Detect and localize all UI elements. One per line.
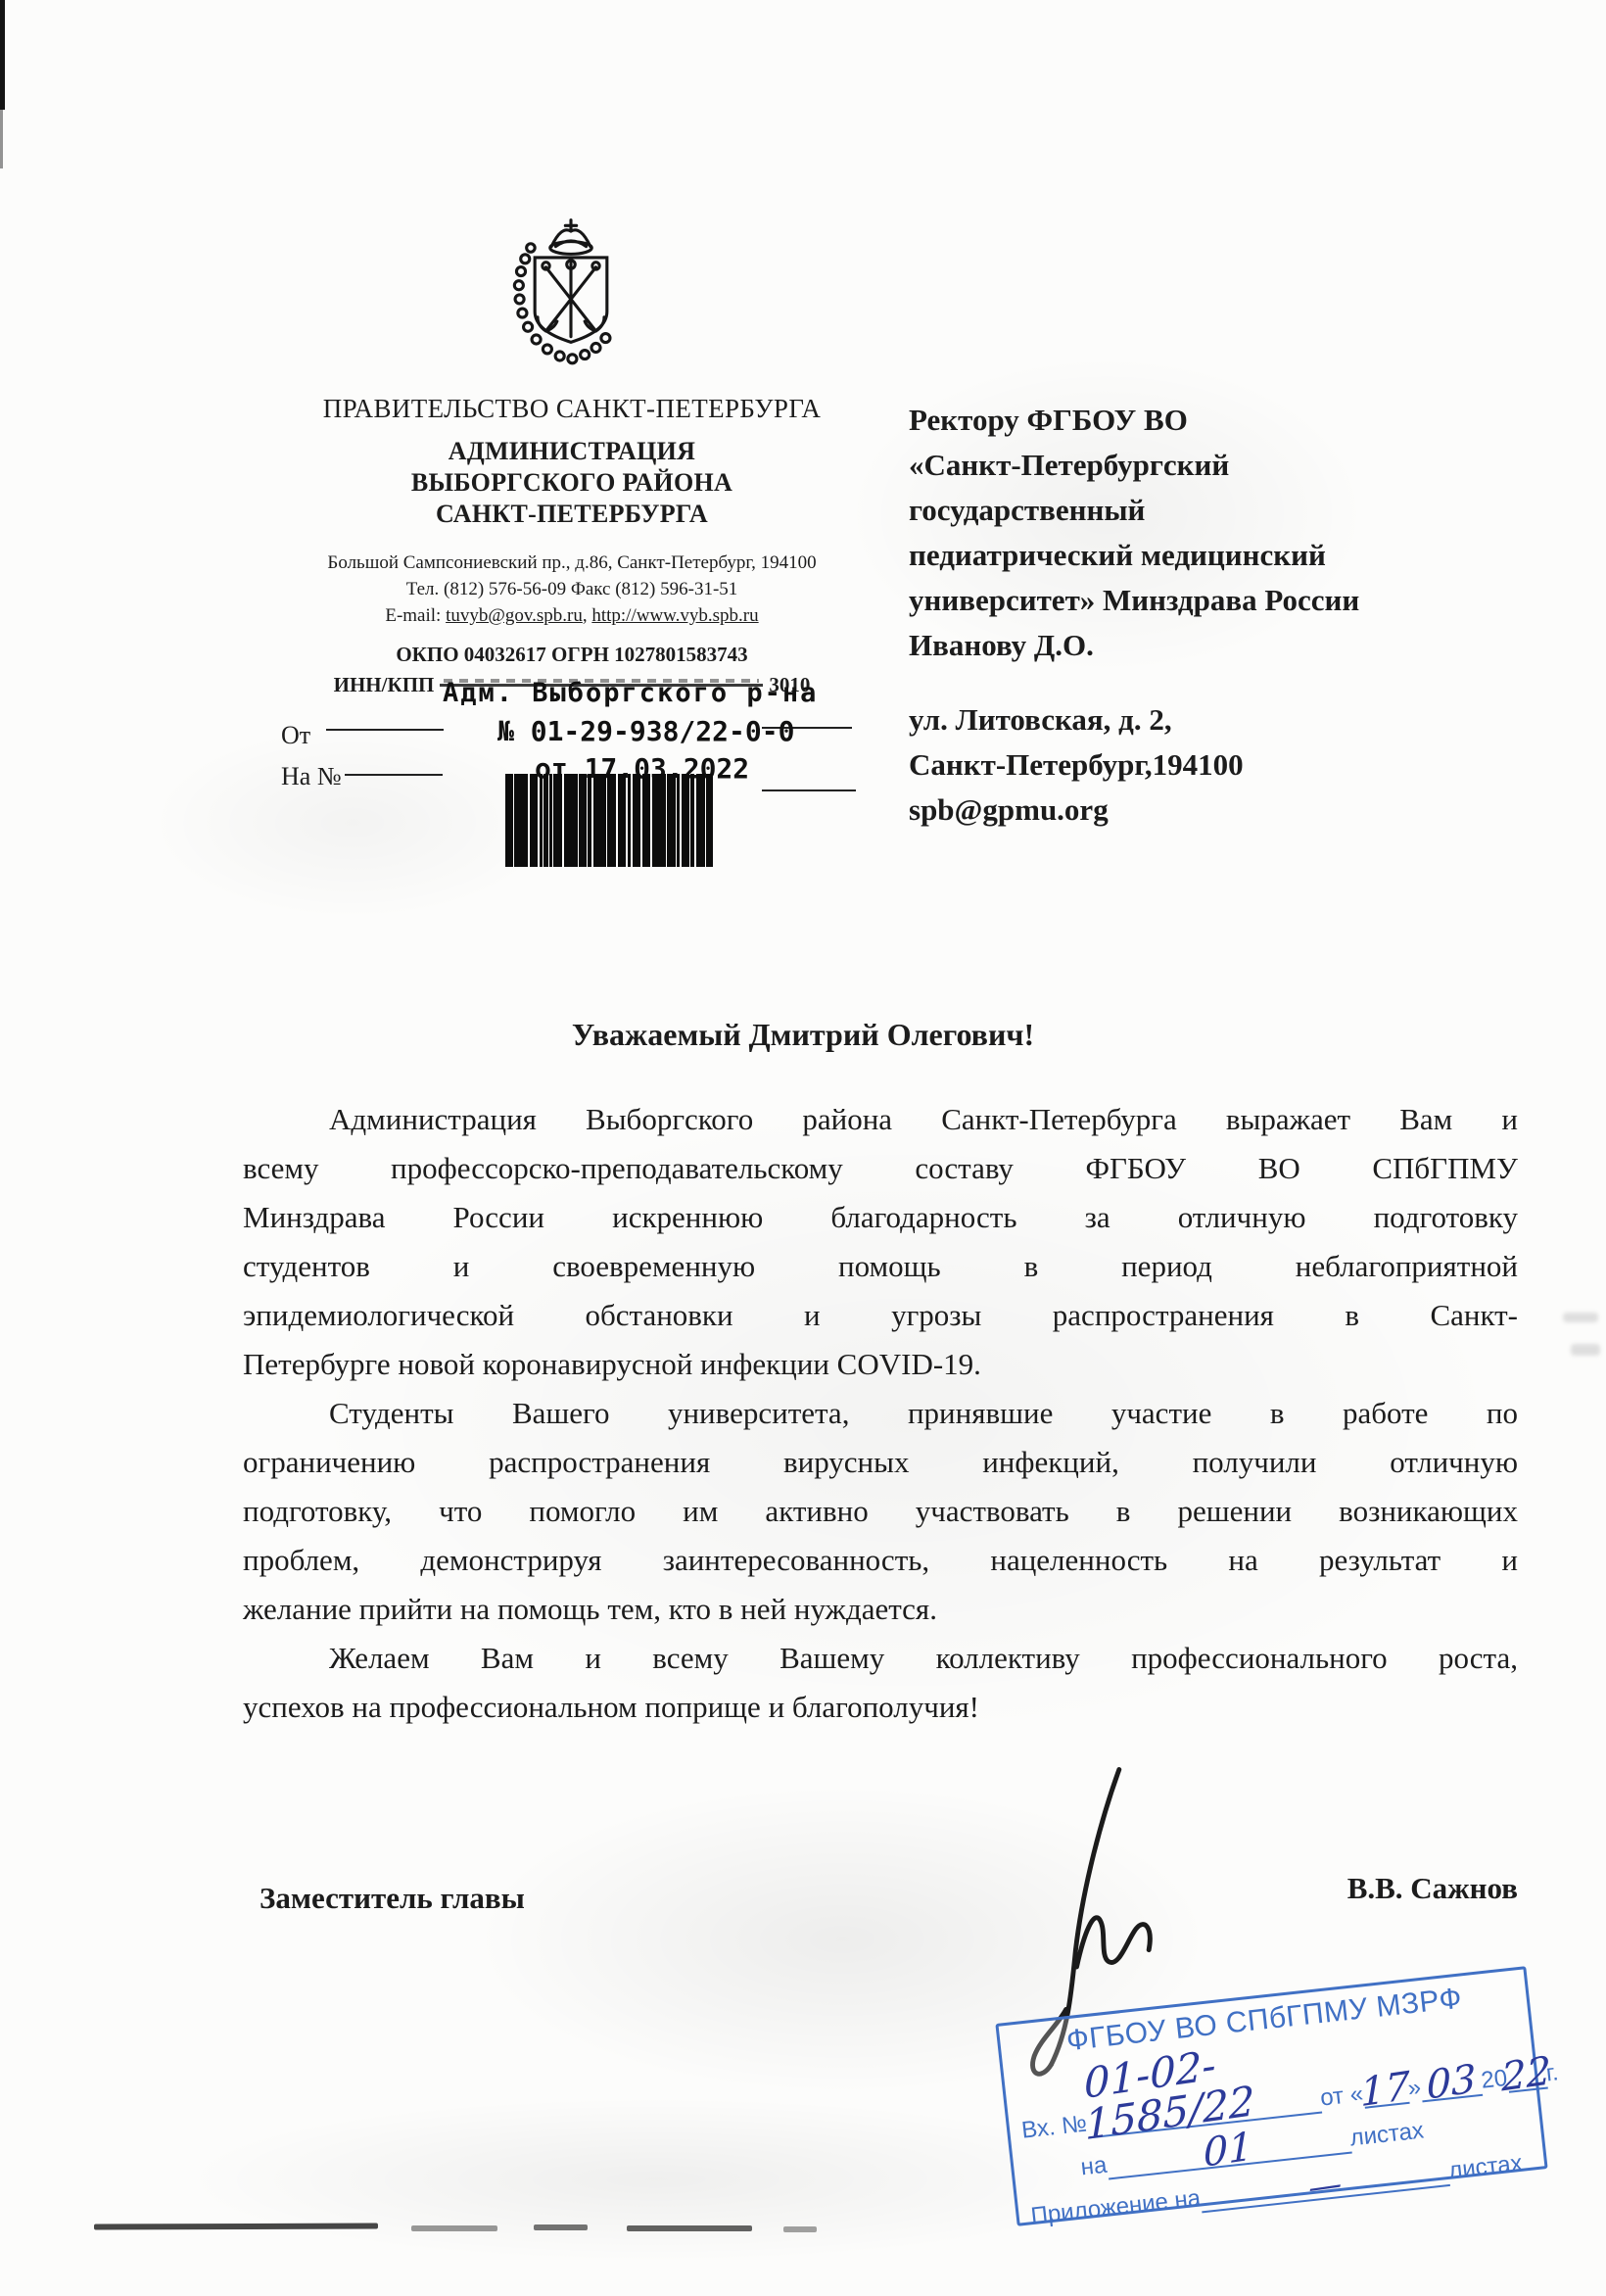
org-line: АДМИНИСТРАЦИЯ <box>302 436 842 467</box>
scan-noise <box>176 2096 1136 2263</box>
stamp-attachment-label: Приложение на <box>1029 2184 1202 2232</box>
na-field-line <box>345 774 443 776</box>
from-field-line <box>326 729 444 731</box>
recipient-line: государственный <box>909 488 1535 533</box>
stamp-on-label: на <box>1079 2151 1109 2183</box>
recipient-address: ул. Литовская, д. 2, Санкт-Петербург,194… <box>909 697 1535 833</box>
salutation: Уважаемый Дмитрий Олегович! <box>529 1017 1077 1053</box>
na-field-label: На № <box>281 762 342 791</box>
scanner-edge-artifact <box>1563 1313 1598 1322</box>
organization-name: АДМИНИСТРАЦИЯ ВЫБОРГСКОГО РАЙОНА САНКТ-П… <box>302 436 842 530</box>
letter-body: Администрация Выборгского района Санкт-П… <box>243 1095 1518 1732</box>
body-line: Минздрава России искреннюю благодарность… <box>243 1193 1518 1242</box>
stamp-attachment-word: листах <box>1447 2149 1524 2186</box>
letterhead-phone: Тел. (812) 576-56-09 Факс (812) 596-31-5… <box>302 576 842 602</box>
inn-label: ИНН/КПП <box>334 673 435 697</box>
body-line: Администрация Выборгского района Санкт-П… <box>243 1095 1518 1144</box>
handwritten-attachment-dash: — <box>1308 2167 1342 2205</box>
website-url: http://www.vyb.spb.ru <box>591 605 758 626</box>
body-line: ограничению распространения вирусных инф… <box>243 1438 1518 1487</box>
paragraph: Студенты Вашего университета, принявшие … <box>243 1389 1518 1634</box>
body-line: эпидемиологической обстановки и угрозы р… <box>243 1291 1518 1340</box>
email-address: tuvyb@gov.spb.ru <box>446 605 583 626</box>
scanner-edge-artifact <box>0 110 3 168</box>
stamp-in-label: Вх. № <box>1020 2110 1089 2146</box>
saint-petersburg-coat-of-arms-icon <box>488 214 654 382</box>
signer-position: Заместитель главы <box>260 1881 525 1916</box>
separator: , <box>583 605 592 626</box>
scan-noise <box>147 725 558 921</box>
stamp-month-slot: 03 <box>1418 2055 1483 2102</box>
scanner-edge-artifact <box>1571 1344 1600 1356</box>
recipient-line: Ректору ФГБОУ ВО <box>909 398 1535 443</box>
recipient-block: Ректору ФГБОУ ВО «Санкт-Петербургский го… <box>909 398 1535 833</box>
barcode <box>505 774 713 867</box>
outgoing-number: № 01-29-938/22-0-0 <box>497 715 794 747</box>
body-line: проблем, демонстрируя заинтересованность… <box>243 1536 1518 1585</box>
okpo-ogrn-line: ОКПО 04032617 ОГРН 1027801583743 <box>302 643 842 667</box>
letterhead: ПРАВИТЕЛЬСТВО САНКТ-ПЕТЕРБУРГА АДМИНИСТР… <box>302 394 842 698</box>
government-title: ПРАВИТЕЛЬСТВО САНКТ-ПЕТЕРБУРГА <box>302 394 842 424</box>
handwritten-day: 17 <box>1360 2067 1410 2113</box>
recipient-line: Иванову Д.О. <box>909 623 1535 668</box>
department-stamp-name: Адм. Выборгского р-на <box>443 678 818 708</box>
org-line: ВЫБОРГСКОГО РАЙОНА <box>302 467 842 499</box>
body-line: Петербурге новой коронавирусной инфекции… <box>243 1340 1518 1389</box>
stamp-from-label: от « <box>1319 2080 1365 2114</box>
scanner-edge-artifact <box>534 2224 588 2230</box>
stamp-sheets-word: листах <box>1348 2117 1425 2154</box>
body-line: Желаем Вам и всему Вашему коллективу про… <box>243 1634 1518 1683</box>
ref-short-line <box>762 789 856 791</box>
stamp-day-slot: 17 <box>1360 2063 1409 2109</box>
handwritten-month: 03 <box>1426 2059 1476 2105</box>
from-field-label: От <box>281 721 310 750</box>
handwritten-sheet-count: 01 <box>1204 2127 1253 2173</box>
letterhead-address: Большой Сампсониевский пр., д.86, Санкт-… <box>302 550 842 576</box>
recipient-line: университет» Минздрава России <box>909 578 1535 623</box>
handwritten-year: 22 <box>1501 2051 1551 2097</box>
body-line: подготовку, что помогло им активно участ… <box>243 1487 1518 1536</box>
recipient-line: «Санкт-Петербургский <box>909 443 1535 488</box>
letterhead-email-line: E-mail: tuvyb@gov.spb.ru, http://www.vyb… <box>302 602 842 629</box>
stamp-year-slot: 22 <box>1504 2048 1547 2093</box>
recipient-address-line: Санкт-Петербург,194100 <box>909 742 1535 788</box>
body-line: всему профессорско-преподавательскому со… <box>243 1144 1518 1193</box>
signer-name: В.В. Сажнов <box>1214 1871 1518 1906</box>
letterhead-contacts: Большой Сампсониевский пр., д.86, Санкт-… <box>302 550 842 629</box>
scanned-letter-page: ПРАВИТЕЛЬСТВО САНКТ-ПЕТЕРБУРГА АДМИНИСТР… <box>0 0 1606 2296</box>
body-line: успехов на профессиональном поприще и бл… <box>243 1683 1518 1732</box>
paragraph: Желаем Вам и всему Вашему коллективу про… <box>243 1634 1518 1732</box>
email-label: E-mail: <box>385 605 446 626</box>
body-line: желание прийти на помощь тем, кто в ней … <box>243 1585 1518 1634</box>
recipient-address-line: ул. Литовская, д. 2, <box>909 697 1535 742</box>
scanner-edge-artifact <box>783 2226 817 2232</box>
recipient-line: педиатрический медицинский <box>909 533 1535 578</box>
scanner-edge-artifact <box>94 2223 378 2229</box>
body-line: Студенты Вашего университета, принявшие … <box>243 1389 1518 1438</box>
scanner-edge-artifact <box>411 2225 497 2231</box>
scanner-edge-artifact <box>0 0 5 110</box>
paragraph: Администрация Выборгского района Санкт-П… <box>243 1095 1518 1389</box>
recipient-address-line: spb@gpmu.org <box>909 788 1535 833</box>
org-line: САНКТ-ПЕТЕРБУРГА <box>302 499 842 530</box>
scanner-edge-artifact <box>627 2225 752 2231</box>
body-line: студентов и своевременную помощь в перио… <box>243 1242 1518 1291</box>
